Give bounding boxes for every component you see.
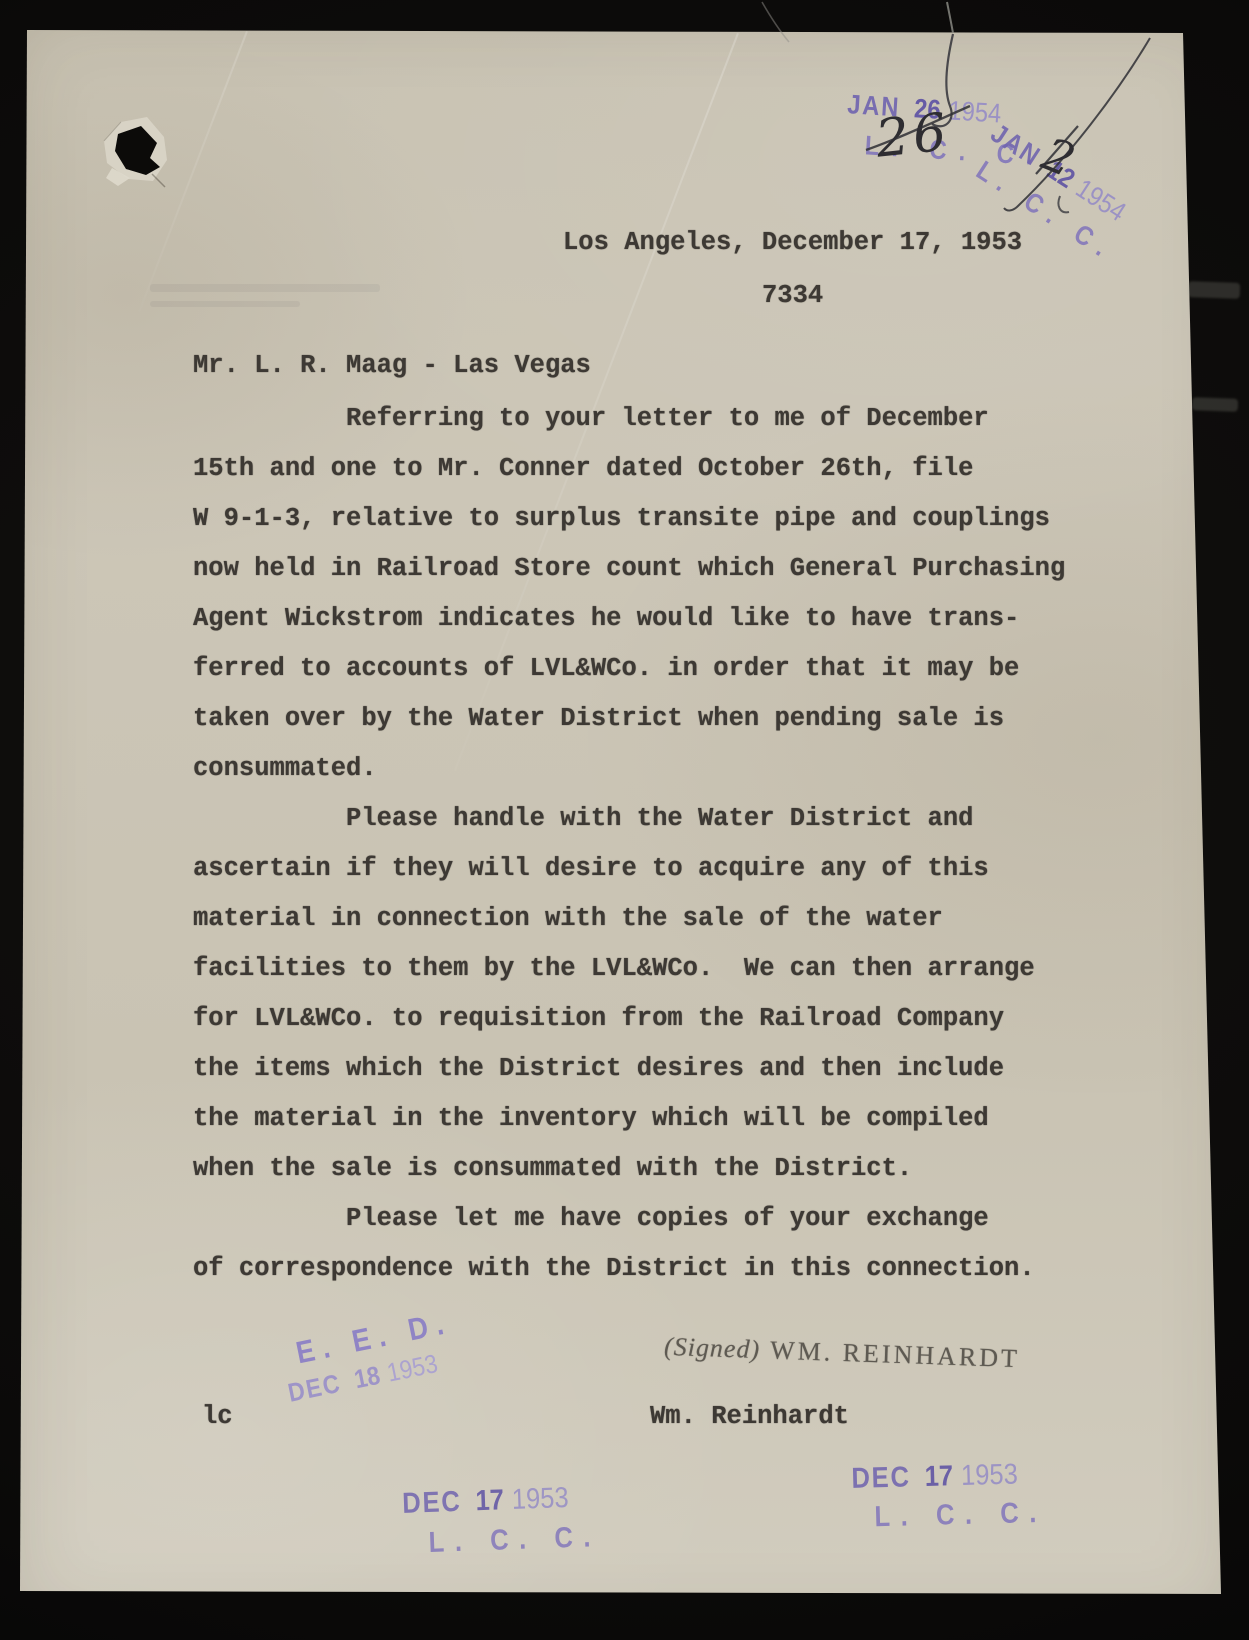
letter-file-number: 7334 xyxy=(762,281,823,310)
letter-line: when the sale is consummated with the Di… xyxy=(193,1144,1065,1194)
stamp-day: 17 xyxy=(475,1484,504,1517)
paper-crease xyxy=(138,31,247,312)
stamp-day: 17 xyxy=(924,1460,953,1493)
stamp-year: 1953 xyxy=(384,1348,440,1388)
letter-line: the items which the District desires and… xyxy=(193,1044,1065,1094)
stamp-org: L. C. C. xyxy=(428,1521,601,1560)
stamp-year: 1954 xyxy=(948,95,1003,128)
letter-paper: Los Angeles, December 17, 1953 7334 Mr. … xyxy=(0,0,1249,1640)
handwritten-annotation: 2 xyxy=(1035,126,1082,187)
letter-line: ascertain if they will desire to acquire… xyxy=(193,844,1065,894)
stamp-day: 12 xyxy=(1042,154,1081,194)
letter-line: W 9-1-3, relative to surplus transite pi… xyxy=(193,494,1065,544)
letter-line: now held in Railroad Store count which G… xyxy=(193,544,1065,594)
letter-line: taken over by the Water District when pe… xyxy=(193,694,1065,744)
letter-line: consummated. xyxy=(193,744,1065,794)
stamp-year: 1953 xyxy=(961,1459,1019,1492)
stamp-org: L. C. C. xyxy=(864,130,1046,172)
typist-initials: lc xyxy=(202,1402,233,1431)
letter-line: Referring to your letter to me of Decemb… xyxy=(193,394,1065,444)
date-stamp-dec-17-left: DEC171953 L. C. C. xyxy=(402,1480,625,1561)
letter-line: of correspondence with the District in t… xyxy=(193,1244,1065,1294)
paper-smudge xyxy=(150,301,300,307)
stamp-year: 1953 xyxy=(511,1482,569,1516)
stamp-month: JAN xyxy=(986,118,1047,172)
stamp-day: 26 xyxy=(913,93,941,125)
signed-stamp: (Signed)WM. REINHARDT xyxy=(664,1332,1021,1374)
stamp-month: JAN xyxy=(847,89,902,122)
scan-ghost-mark xyxy=(1188,281,1241,299)
stamp-initials: E. E. D. xyxy=(293,1305,454,1372)
handwritten-annotation: 26 xyxy=(873,102,953,169)
letter-dateline: Los Angeles, December 17, 1953 xyxy=(563,228,1022,257)
stamp-month: DEC xyxy=(402,1486,462,1520)
stamp-month: DEC xyxy=(285,1368,344,1408)
stamp-year: 1954 xyxy=(1071,173,1132,227)
scan-ghost-mark xyxy=(1192,397,1238,412)
letter-line: ferred to accounts of LVL&WCo. in order … xyxy=(193,644,1065,694)
letter-line: facilities to them by the LVL&WCo. We ca… xyxy=(193,944,1065,994)
paper-smudge xyxy=(150,284,380,292)
received-stamp-eed: E. E. D. DEC181953 xyxy=(293,1300,482,1405)
date-stamp-jan-26: JAN261954 L. C. C. xyxy=(844,89,1073,174)
stamp-day: 18 xyxy=(352,1360,383,1394)
letter-line: Please handle with the Water District an… xyxy=(193,794,1065,844)
letter-body: Referring to your letter to me of Decemb… xyxy=(193,394,1065,1294)
letter-line: 15th and one to Mr. Conner dated October… xyxy=(193,444,1065,494)
signed-stamp-name: WM. REINHARDT xyxy=(770,1336,1021,1374)
letter-line: for LVL&WCo. to requisition from the Rai… xyxy=(193,994,1065,1044)
stamp-org: L. C. C. xyxy=(874,1497,1047,1535)
signed-stamp-prefix: (Signed) xyxy=(664,1332,761,1364)
letter-line: the material in the inventory which will… xyxy=(193,1094,1065,1144)
stamp-month: DEC xyxy=(851,1461,911,1495)
typed-signature: Wm. Reinhardt xyxy=(650,1402,849,1431)
scanned-letter-page: Los Angeles, December 17, 1953 7334 Mr. … xyxy=(0,0,1249,1640)
date-stamp-dec-17-right: DEC171953 L. C. C. xyxy=(851,1457,1071,1535)
letter-salutation: Mr. L. R. Maag - Las Vegas xyxy=(193,351,591,380)
letter-line: material in connection with the sale of … xyxy=(193,894,1065,944)
letter-line: Agent Wickstrom indicates he would like … xyxy=(193,594,1065,644)
letter-line: Please let me have copies of your exchan… xyxy=(193,1194,1065,1244)
